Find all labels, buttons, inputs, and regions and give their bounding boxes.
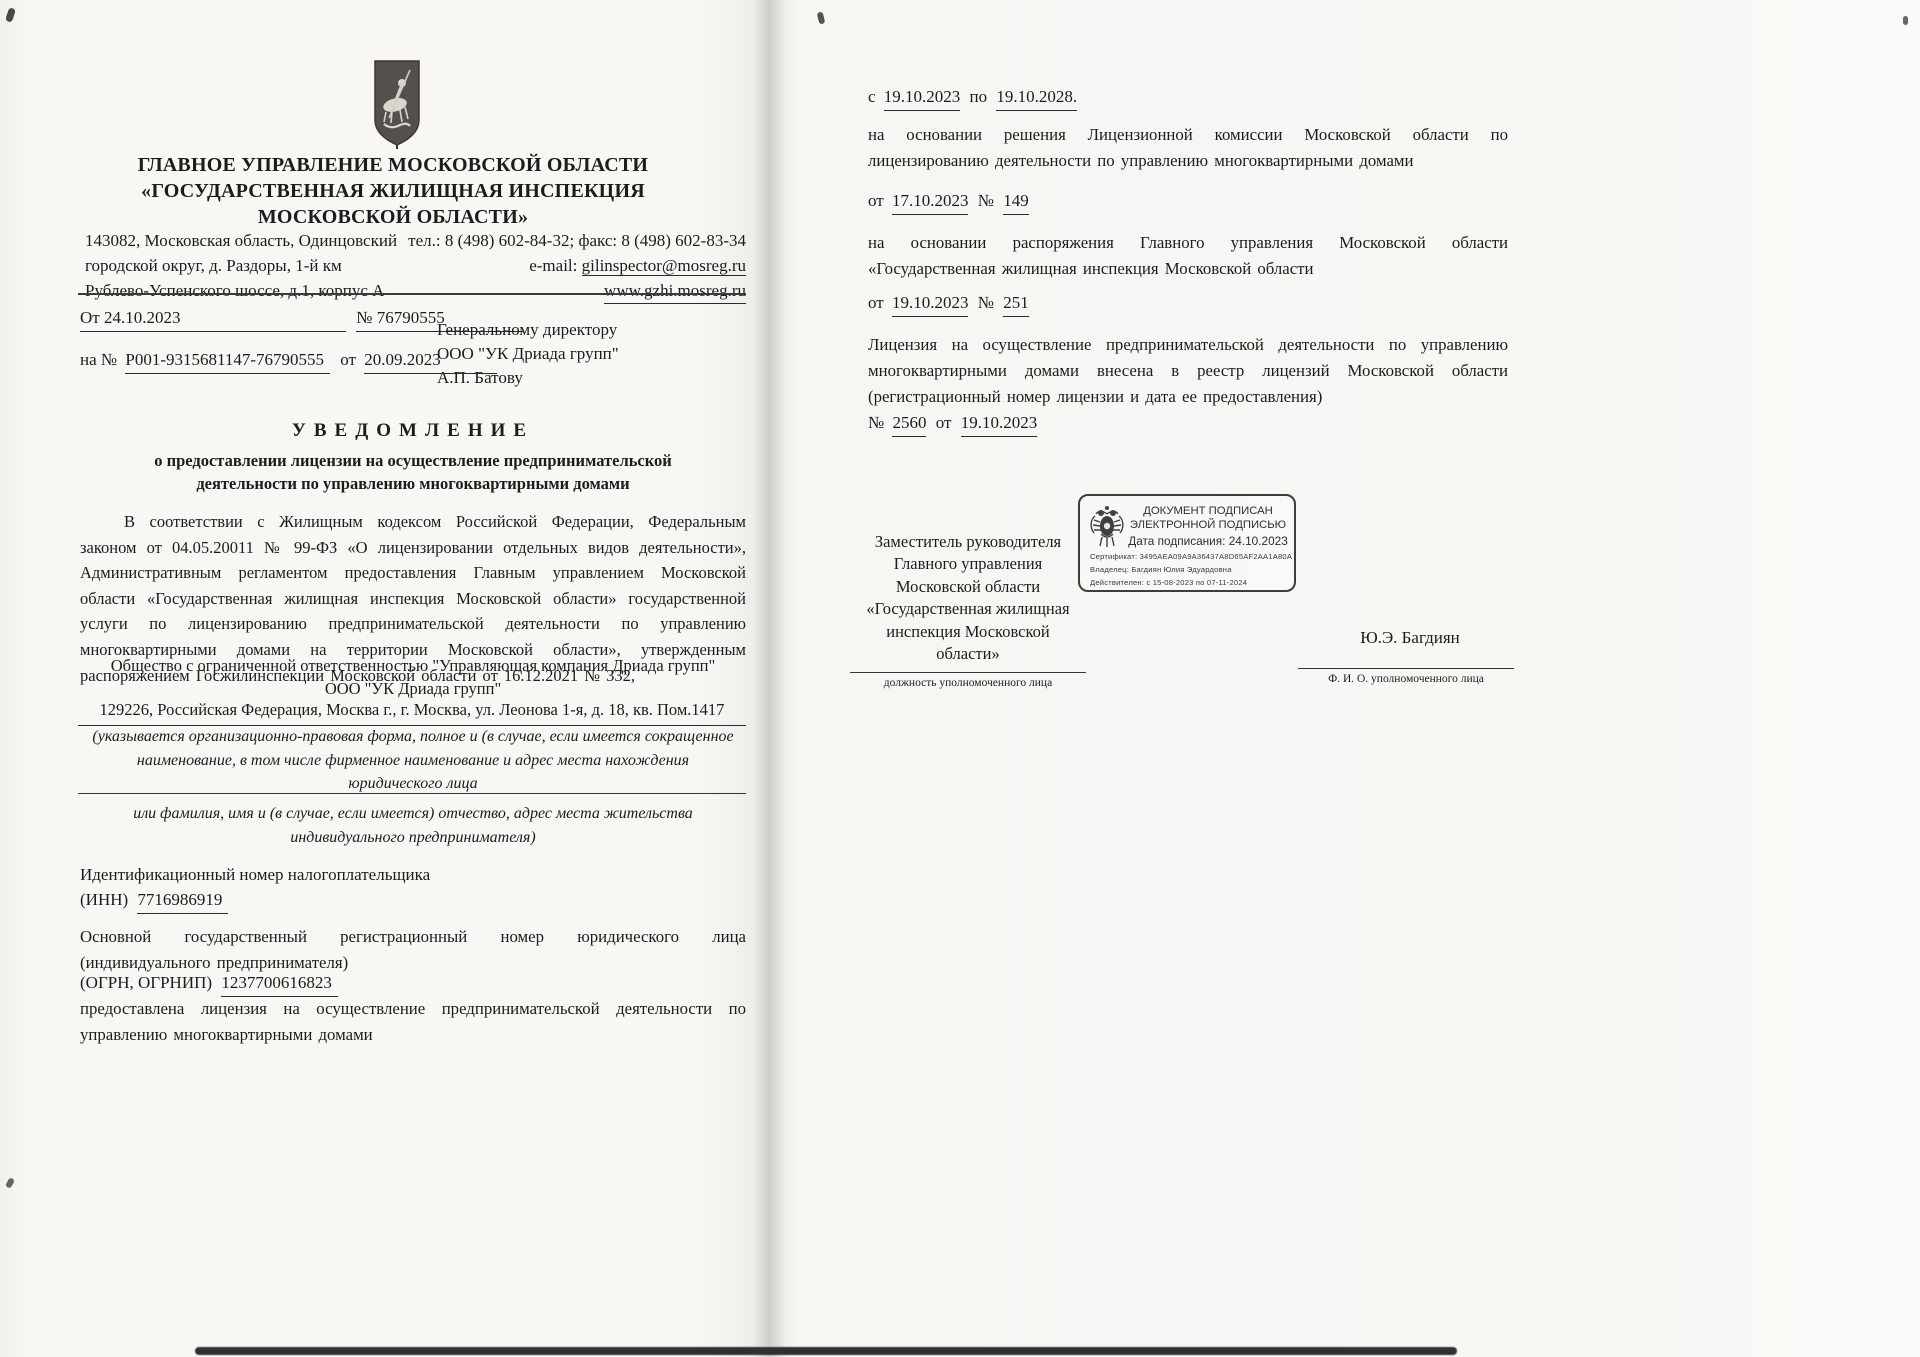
order-ref-prefix: от — [868, 293, 884, 312]
signer-name-caption: Ф. И. О. уполномоченного лица — [1298, 672, 1514, 686]
ogrn-value: 1237700616823 — [221, 970, 338, 997]
stamp-title-line: ЭЛЕКТРОННОЙ ПОДПИСЬЮ — [1128, 519, 1288, 533]
scanned-page-1: ГЛАВНОЕ УПРАВЛЕНИЕ МОСКОВСКОЙ ОБЛАСТИ «Г… — [0, 0, 768, 1357]
licensee-address: 129226, Российская Федерация, Москва г.,… — [78, 697, 746, 726]
commission-ref-date: 17.10.2023 — [892, 188, 969, 215]
license-num-sign: № — [868, 413, 884, 432]
stamp-certificate: Сертификат: 3495AEA09A9A36437A8D65AF2AA1… — [1090, 552, 1292, 561]
addressee-line: Генеральному директору — [437, 318, 737, 342]
licensee-full-name: Общество с ограниченной ответственностью… — [80, 653, 746, 679]
address-line: городской округ, д. Раздоры, 1-й км — [85, 253, 415, 278]
incoming-number: Р001-9315681147-76790555 — [125, 347, 330, 374]
order-ref-num-sign: № — [978, 293, 994, 312]
order-ref-date: 19.10.2023 — [892, 290, 969, 317]
document-scan: { "colors": { "ink": "#1c1c1e", "paper":… — [0, 0, 1920, 1357]
signer-position-line: «Государственная жилищная — [853, 598, 1083, 620]
license-number: 2560 — [892, 410, 926, 437]
commission-ref-num-sign: № — [978, 191, 994, 210]
signer-position-line: Московской области — [853, 576, 1083, 598]
license-date-label: от — [936, 413, 952, 432]
commission-ref-number: 149 — [1003, 188, 1029, 215]
stamp-signing-date: Дата подписания: 24.10.2023 — [1126, 534, 1290, 548]
stamp-title: ДОКУМЕНТ ПОДПИСАН ЭЛЕКТРОННОЙ ПОДПИСЬЮ — [1128, 505, 1288, 532]
basis-order: на основании распоряжения Главного управ… — [868, 230, 1508, 282]
validity-row: с 19.10.2023 по 19.10.2028. — [868, 84, 1508, 111]
form-divider — [78, 793, 746, 794]
closing-paragraph: предоставлена лицензия на осуществление … — [80, 996, 746, 1048]
inn-label: Идентификационный номер налогоплательщик… — [80, 862, 746, 887]
registry-paragraph: Лицензия на осуществление предпринимател… — [868, 332, 1508, 410]
incoming-prefix: на № — [80, 350, 117, 369]
email-line: e-mail: gilinspector@mosreg.ru — [400, 253, 746, 278]
scan-edge-band — [195, 1347, 1457, 1355]
notice-title: УВЕДОМЛЕНИЕ — [80, 420, 746, 442]
website: www.gzhi.mosreg.ru — [604, 278, 746, 304]
validity-from: 19.10.2023 — [884, 84, 961, 111]
org-title-line: ГЛАВНОЕ УПРАВЛЕНИЕ МОСКОВСКОЙ ОБЛАСТИ — [60, 152, 726, 178]
org-title-line: «ГОСУДАРСТВЕННАЯ ЖИЛИЩНАЯ ИНСПЕКЦИЯ — [60, 178, 726, 204]
ogrn-label: Основной государственный регистрационный… — [80, 924, 746, 976]
email-value: gilinspector@mosreg.ru — [582, 256, 746, 276]
electronic-signature-stamp: ДОКУМЕНТ ПОДПИСАН ЭЛЕКТРОННОЙ ПОДПИСЬЮ Д… — [1078, 494, 1296, 592]
validity-prefix: с — [868, 87, 876, 106]
outgoing-date: От 24.10.2023 — [80, 305, 346, 332]
commission-ref-prefix: от — [868, 191, 884, 210]
commission-ref-row: от 17.10.2023 № 149 — [868, 188, 1508, 215]
signer-position-line: области» — [853, 643, 1083, 665]
order-ref-row: от 19.10.2023 № 251 — [868, 290, 1508, 317]
validity-middle: по — [970, 87, 988, 106]
moscow-oblast-coat-of-arms-icon — [374, 60, 420, 150]
inn-row: (ИНН) 7716986919 — [80, 887, 746, 914]
signer-position-line: Заместитель руководителя — [853, 531, 1083, 553]
org-title-line: МОСКОВСКОЙ ОБЛАСТИ» — [60, 204, 726, 230]
basis-commission: на основании решения Лицензионной комисс… — [868, 122, 1508, 174]
page-seam-shadow — [752, 0, 786, 1357]
incoming-date-label: от — [340, 350, 356, 369]
license-date: 19.10.2023 — [961, 410, 1038, 437]
address-line: Рублево-Успенского шоссе, д.1, корпус А — [85, 278, 415, 303]
email-label: e-mail: — [529, 256, 581, 275]
order-ref-number: 251 — [1003, 290, 1029, 317]
org-postal-address: 143082, Московская область, Одинцовский … — [85, 228, 415, 303]
form-note-individual: или фамилия, имя и (в случае, если имеет… — [90, 802, 736, 849]
signer-position-line: инспекция Московской — [853, 621, 1083, 643]
license-ref-row: № 2560 от 19.10.2023 — [868, 410, 1508, 437]
validity-to: 19.10.2028. — [996, 84, 1077, 111]
signer-position-line: Главного управления — [853, 553, 1083, 575]
ogrn-row: (ОГРН, ОГРНИП) 1237700616823 — [80, 970, 746, 997]
stamp-owner: Владелец: Багдиян Юлия Эдуардовна — [1090, 565, 1232, 574]
russia-double-headed-eagle-icon — [1088, 504, 1126, 550]
header-divider — [78, 293, 746, 295]
signer-position-caption: должность уполномоченного лица — [850, 676, 1086, 690]
signer-name: Ю.Э. Багдиян — [1310, 628, 1510, 648]
signer-position: Заместитель руководителя Главного управл… — [853, 531, 1083, 665]
incoming-ref-row: на № Р001-9315681147-76790555 от 20.09.2… — [80, 347, 640, 374]
stamp-title-line: ДОКУМЕНТ ПОДПИСАН — [1128, 505, 1288, 519]
scanned-page-2: с 19.10.2023 по 19.10.2028. на основании… — [768, 0, 1920, 1357]
phone-fax: тел.: 8 (498) 602-84-32; факс: 8 (498) 6… — [400, 228, 746, 253]
signer-position-rule — [850, 672, 1086, 673]
org-title: ГЛАВНОЕ УПРАВЛЕНИЕ МОСКОВСКОЙ ОБЛАСТИ «Г… — [60, 152, 726, 230]
inn-prefix: (ИНН) — [80, 890, 128, 909]
form-note-legal-entity: (указывается организационно-правовая фор… — [90, 725, 736, 796]
signer-name-rule — [1298, 668, 1514, 669]
incoming-date: 20.09.2023 — [364, 347, 497, 374]
address-line: 143082, Московская область, Одинцовский — [85, 228, 415, 253]
stamp-validity: Действителен: с 15-08-2023 по 07-11-2024 — [1090, 578, 1247, 587]
notice-subtitle: о предоставлении лицензии на осуществлен… — [110, 449, 716, 495]
ogrn-prefix: (ОГРН, ОГРНИП) — [80, 973, 212, 992]
inn-value: 7716986919 — [137, 887, 228, 914]
scan-artifact — [1903, 16, 1908, 25]
